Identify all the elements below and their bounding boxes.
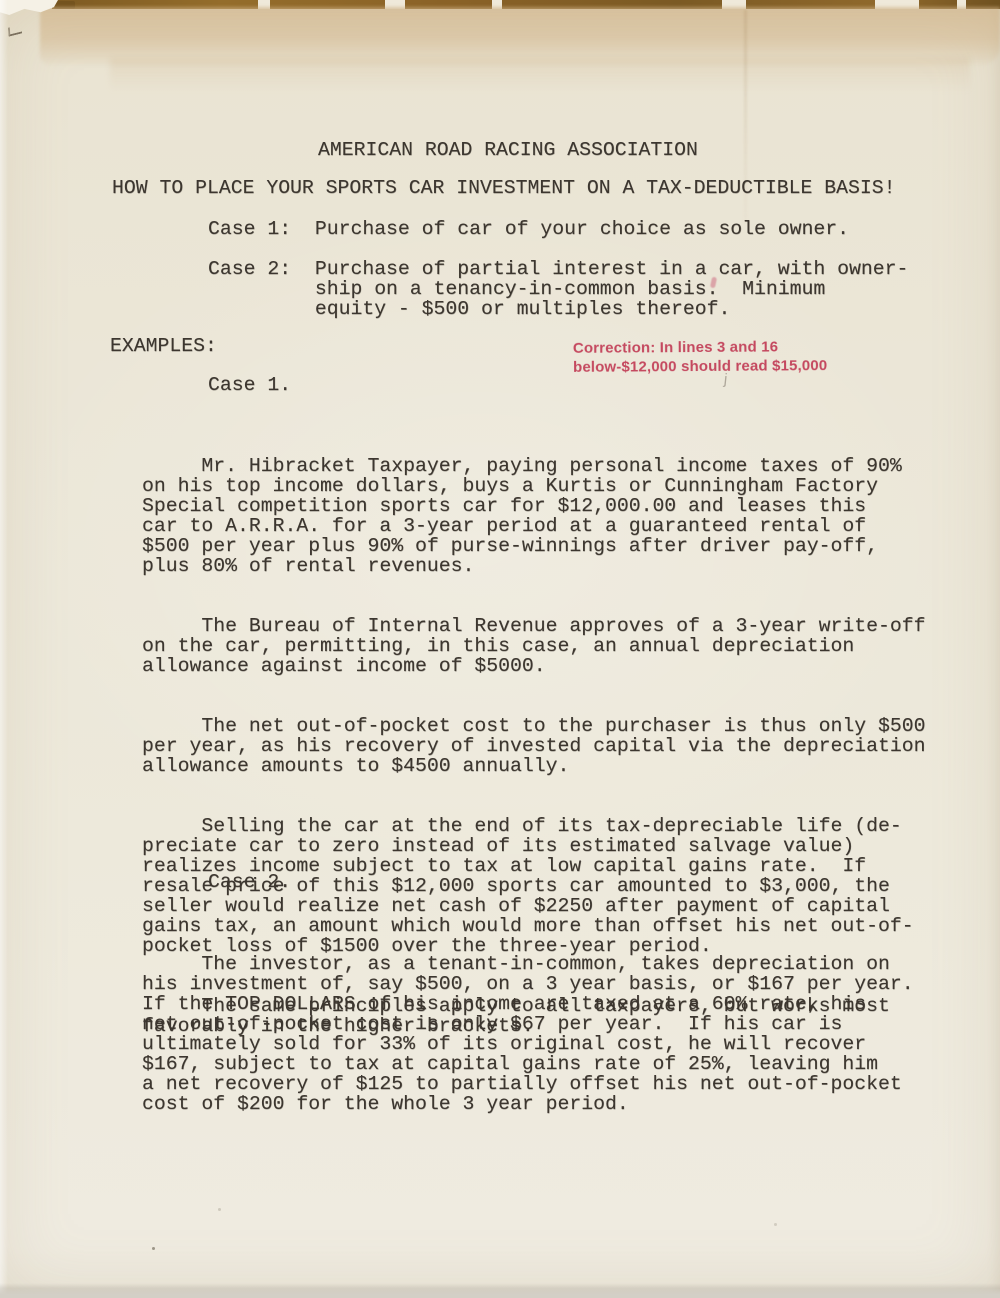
- case2-body: The investor, as a tenant-in-common, tak…: [142, 914, 914, 1154]
- tape-stain-fade: [110, 58, 970, 92]
- page-edge-bottom: [0, 1283, 1000, 1298]
- correction-stamp: Correction: In lines 3 and 16 below-$12,…: [573, 338, 828, 377]
- paper-speck: [218, 1208, 221, 1211]
- paper-speck: [774, 1223, 777, 1226]
- org-title: AMERICAN ROAD RACING ASSOCIATION: [318, 140, 698, 160]
- paragraph: The Bureau of Internal Revenue approves …: [142, 616, 925, 676]
- stray-ink-mark: j: [723, 371, 728, 388]
- paragraph: Mr. Hibracket Taxpayer, paying personal …: [142, 456, 925, 576]
- case1-index-line: Case 1: Purchase of car of your choice a…: [208, 219, 849, 239]
- paragraph: The investor, as a tenant-in-common, tak…: [142, 954, 914, 1114]
- paper-speck: [152, 1247, 155, 1250]
- tape-stain-band: [40, 7, 1000, 65]
- case2-index-block: Case 2: Purchase of partial interest in …: [208, 259, 908, 319]
- page-edge-left: [0, 0, 8, 1298]
- document-page: AMERICAN ROAD RACING ASSOCIATION HOW TO …: [0, 0, 1000, 1298]
- case2-heading: Case 2.: [208, 872, 291, 892]
- examples-label: EXAMPLES:: [110, 336, 217, 356]
- paragraph: The net out-of-pocket cost to the purcha…: [142, 716, 925, 776]
- case1-heading: Case 1.: [208, 375, 291, 395]
- document-headline: HOW TO PLACE YOUR SPORTS CAR INVESTMENT …: [112, 178, 895, 198]
- pencil-check-mark: [8, 24, 22, 37]
